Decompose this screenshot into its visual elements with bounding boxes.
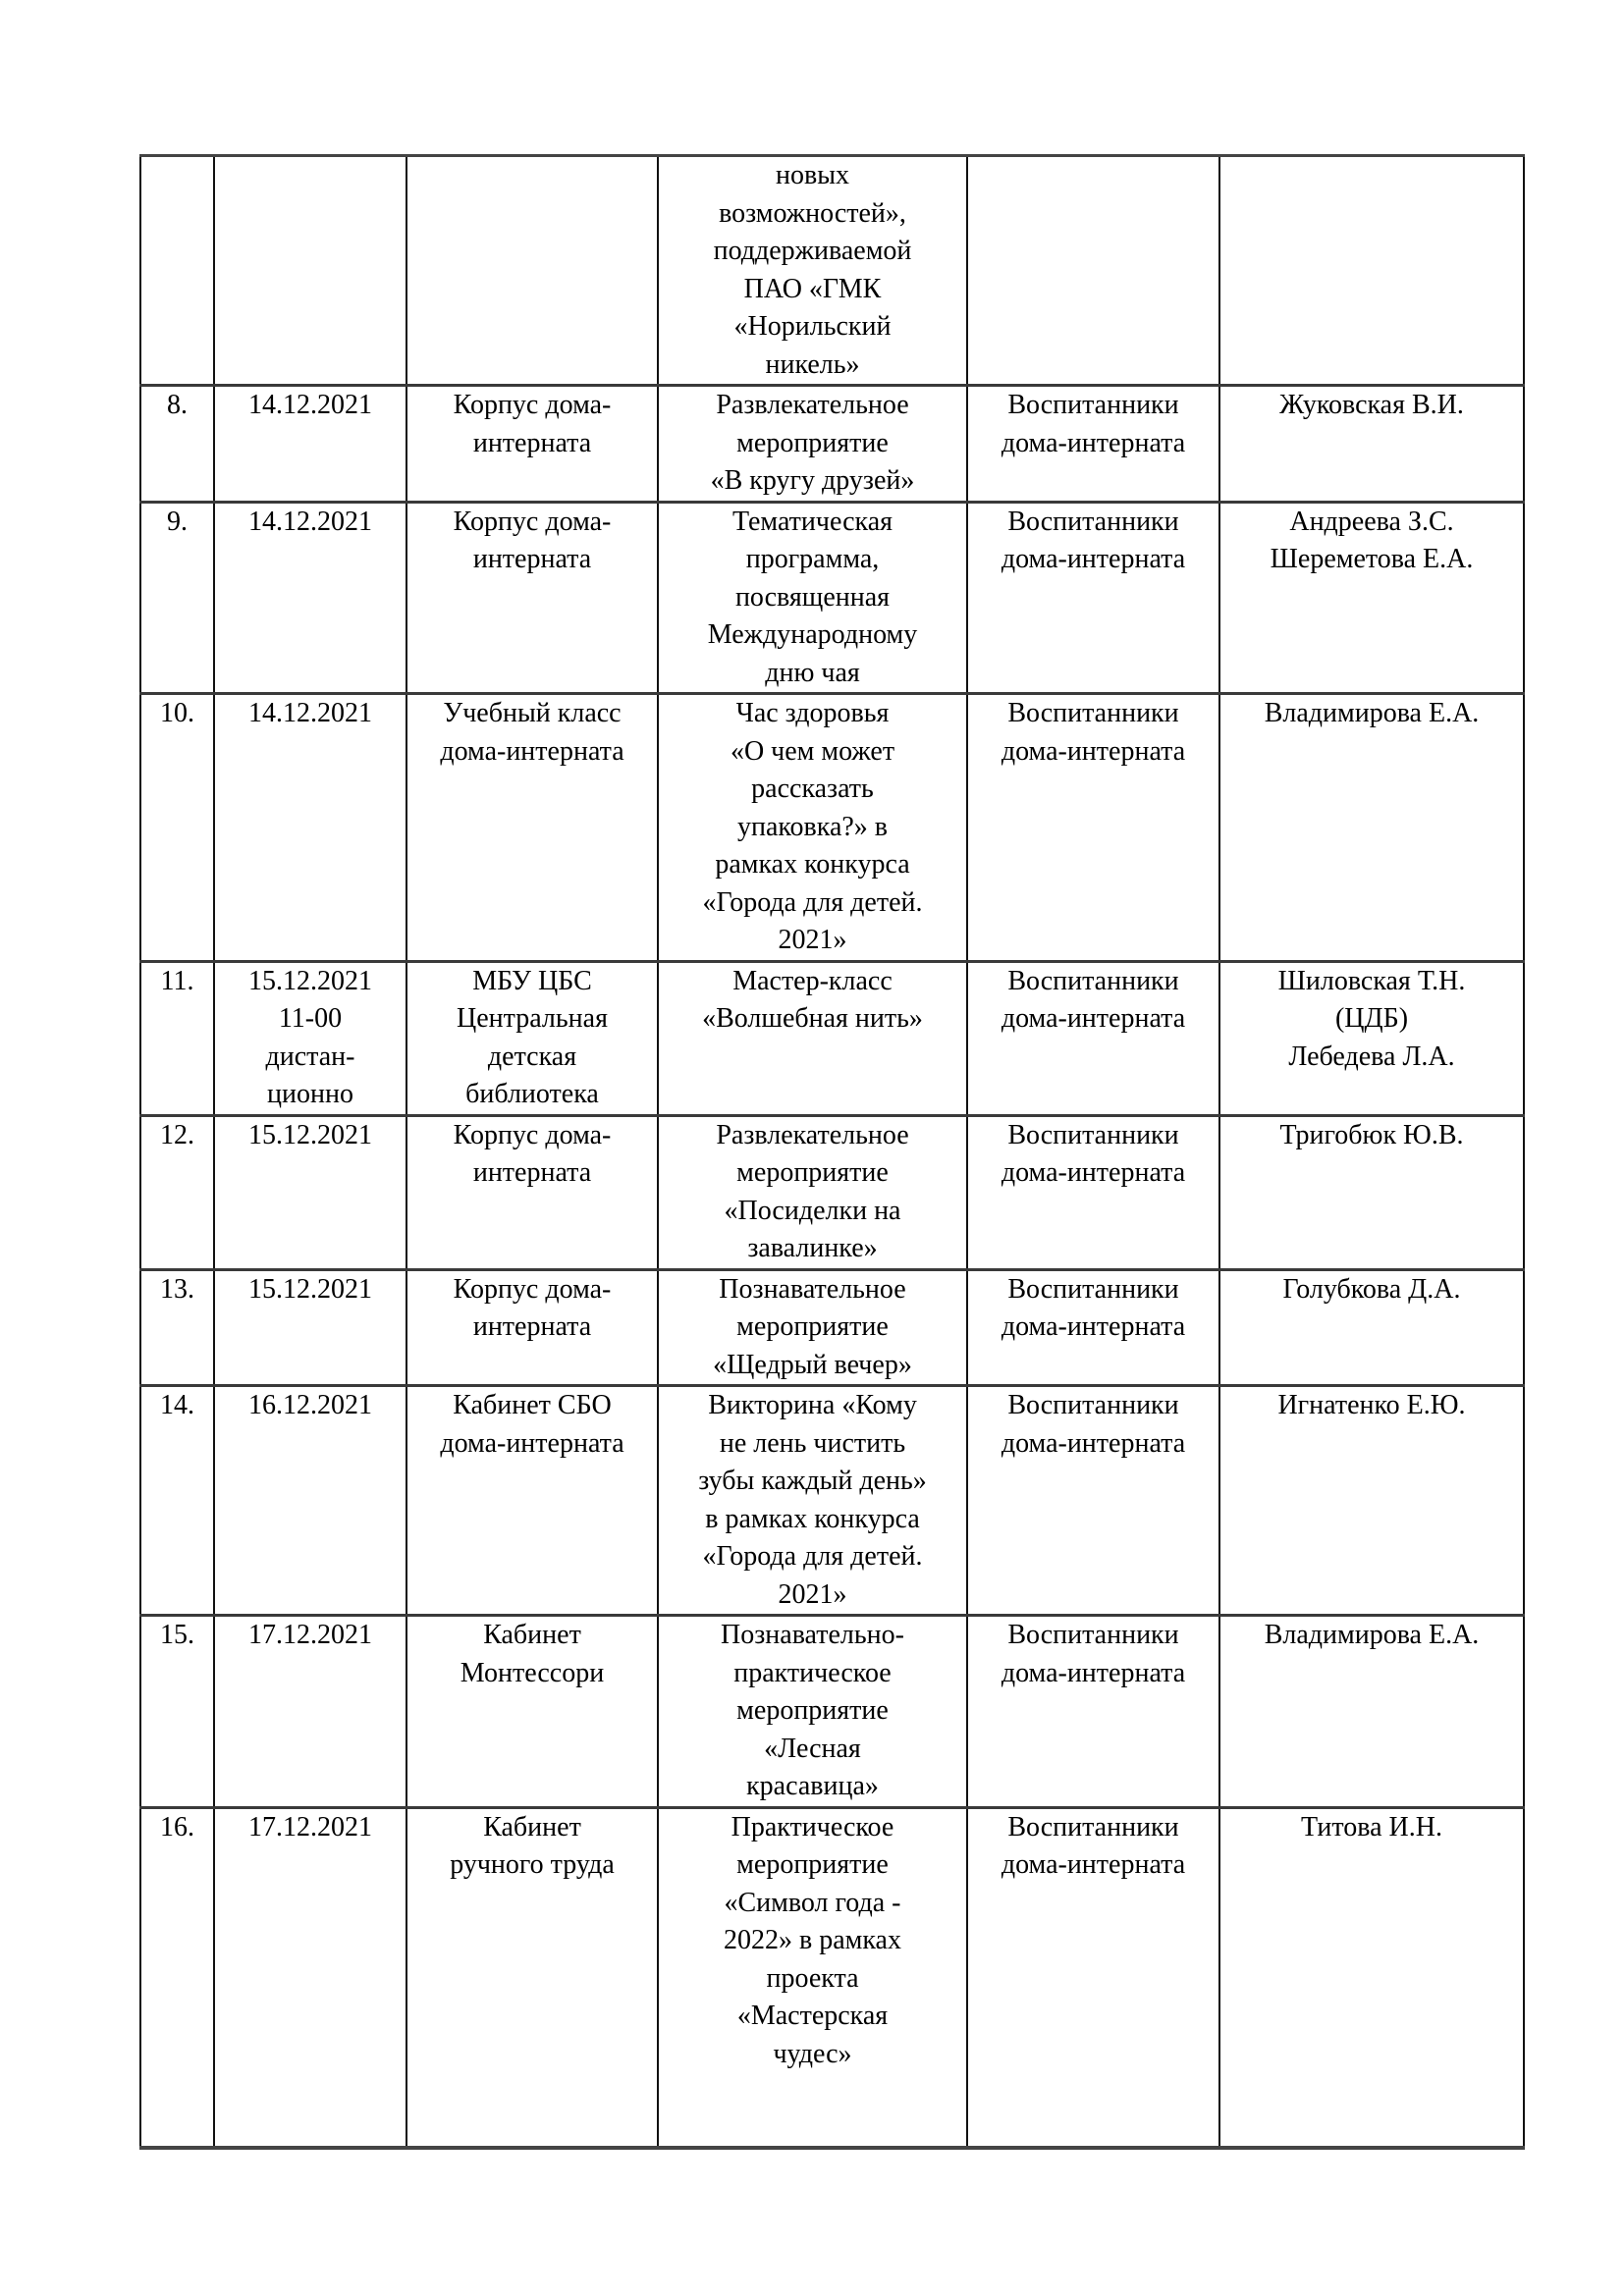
cell-text-line: поддерживаемой [663,233,962,271]
cell-text-line: дома-интерната [972,1655,1215,1693]
cell-text-line: дома-интерната [972,425,1215,463]
cell-text-line: Мастер-класс [663,963,962,1001]
cell-event: Развлекательноемероприятие«В кругу друзе… [658,386,967,503]
cell-date: 17.12.2021 [214,1616,406,1808]
cell-text-line: никель» [663,347,962,385]
cell-text-line: зубы каждый день» [663,1463,962,1501]
cell-place [406,156,658,386]
cell-event: Мастер-класс«Волшебная нить» [658,961,967,1115]
cell-text-line: красавица» [663,1768,962,1806]
cell-participants [967,156,1219,386]
cell-participants: Воспитанникидома-интерната [967,1386,1219,1616]
cell-text-line: интерната [411,541,653,579]
table-row: 16.17.12.2021Кабинетручного трудаПрактич… [140,1807,1524,2148]
cell-text-line: мероприятие [663,1154,962,1193]
cell-responsible: Титова И.Н. [1219,1807,1524,2148]
cell-text-line: рамках конкурса [663,846,962,884]
table-row: 8.14.12.2021Корпус дома-интернатаРазвлек… [140,386,1524,503]
cell-text-line: (ЦДБ) [1224,1000,1519,1039]
cell-text: 13. [145,1271,209,1309]
cell-text: 9. [145,504,209,542]
cell-text-line: «Мастерская [663,1998,962,2036]
cell-place: МБУ ЦБСЦентральнаядетскаябиблиотека [406,961,658,1115]
cell-text-line: Кабинет [411,1809,653,1847]
cell-text-line: Корпус дома- [411,387,653,425]
cell-text-line: «О чем может [663,733,962,772]
cell-event: Викторина «Комуне лень чиститьзубы кажды… [658,1386,967,1616]
cell-text-line: дома-интерната [972,1846,1215,1885]
cell-responsible: Игнатенко Е.Ю. [1219,1386,1524,1616]
cell-date: 17.12.2021 [214,1807,406,2148]
cell-text-line: Шереметова Е.А. [1224,541,1519,579]
cell-event: новыхвозможностей»,поддерживаемойПАО «ГМ… [658,156,967,386]
cell-date: 16.12.2021 [214,1386,406,1616]
cell-text-line: 2021» [663,1576,962,1615]
cell-event: Практическоемероприятие«Символ года -202… [658,1807,967,2148]
cell-text-line: Воспитанники [972,1117,1215,1155]
cell-text-line: 14.12.2021 [219,504,402,542]
cell-participants: Воспитанникидома-интерната [967,1115,1219,1269]
cell-text-line: Кабинет СБО [411,1387,653,1425]
cell-text-line: «Щедрый вечер» [663,1347,962,1385]
cell-text-line: Воспитанники [972,1617,1215,1655]
cell-text-line: дома-интерната [972,541,1215,579]
cell-text-line: ПАО «ГМК [663,271,962,309]
cell-event: Час здоровья«О чем можетрассказатьупаков… [658,694,967,962]
cell-text-line: «Лесная [663,1731,962,1769]
cell-participants: Воспитанникидома-интерната [967,1616,1219,1808]
cell-text-line: «Волшебная нить» [663,1000,962,1039]
cell-text: 12. [145,1117,209,1155]
cell-responsible: Жуковская В.И. [1219,386,1524,503]
cell-text-line: Голубкова Д.А. [1224,1271,1519,1309]
cell-text-line: программа, [663,541,962,579]
table-row: 14.16.12.2021Кабинет СБОдома-интернатаВи… [140,1386,1524,1616]
cell-text-line: Познавательное [663,1271,962,1309]
cell-number: 15. [140,1616,214,1808]
cell-text-line: Андреева З.С. [1224,504,1519,542]
cell-text-line: 11-00 [219,1000,402,1039]
cell-place: Корпус дома-интерната [406,1269,658,1386]
cell-number: 12. [140,1115,214,1269]
cell-text-line: Владимирова Е.А. [1224,695,1519,733]
cell-text-line: «Города для детей. [663,884,962,923]
cell-number: 9. [140,502,214,694]
cell-text-line: 14.12.2021 [219,695,402,733]
cell-text-line: Монтессори [411,1655,653,1693]
cell-text-line: Кабинет [411,1617,653,1655]
cell-text-line: Шиловская Т.Н. [1224,963,1519,1001]
cell-text-line: дома-интерната [972,1000,1215,1039]
cell-text-line: Титова И.Н. [1224,1809,1519,1847]
cell-number: 11. [140,961,214,1115]
cell-text-line: 2022» в рамках [663,1922,962,1960]
cell-text-line: рассказать [663,771,962,809]
cell-text-line: Корпус дома- [411,504,653,542]
cell-date: 15.12.202111-00дистан-ционно [214,961,406,1115]
cell-participants: Воспитанникидома-интерната [967,386,1219,503]
events-schedule-table: новыхвозможностей»,поддерживаемойПАО «ГМ… [139,154,1525,2150]
cell-date: 14.12.2021 [214,694,406,962]
cell-number: 16. [140,1807,214,2148]
cell-text-line: дню чая [663,655,962,693]
cell-text-line: Международному [663,616,962,655]
cell-text-line: дома-интерната [972,1308,1215,1347]
cell-text-line: дома-интерната [972,1154,1215,1193]
cell-place: Кабинетручного труда [406,1807,658,2148]
cell-place: Кабинет СБОдома-интерната [406,1386,658,1616]
cell-text-line: интерната [411,1308,653,1347]
cell-text-line: ционно [219,1076,402,1114]
table-row: 12.15.12.2021Корпус дома-интернатаРазвле… [140,1115,1524,1269]
cell-text-line: Познавательно- [663,1617,962,1655]
cell-text: 15. [145,1617,209,1655]
cell-text-line: интерната [411,425,653,463]
cell-responsible [1219,156,1524,386]
cell-date: 14.12.2021 [214,386,406,503]
cell-text-line: МБУ ЦБС [411,963,653,1001]
cell-date [214,156,406,386]
cell-text-line: Игнатенко Е.Ю. [1224,1387,1519,1425]
cell-text-line: Жуковская В.И. [1224,387,1519,425]
cell-text-line: проекта [663,1960,962,1999]
table-row: 10.14.12.2021Учебный классдома-интерната… [140,694,1524,962]
cell-number: 14. [140,1386,214,1616]
cell-place: Корпус дома-интерната [406,502,658,694]
cell-text-line: 15.12.2021 [219,1117,402,1155]
cell-text-line: Тригобюк Ю.В. [1224,1117,1519,1155]
cell-text-line: 14.12.2021 [219,387,402,425]
cell-text-line: 15.12.2021 [219,1271,402,1309]
cell-text-line: Воспитанники [972,963,1215,1001]
cell-participants: Воспитанникидома-интерната [967,1269,1219,1386]
cell-text-line: Воспитанники [972,1387,1215,1425]
table-row: 13.15.12.2021Корпус дома-интернатаПознав… [140,1269,1524,1386]
cell-responsible: Тригобюк Ю.В. [1219,1115,1524,1269]
cell-text-line: детская [411,1039,653,1077]
cell-participants: Воспитанникидома-интерната [967,694,1219,962]
cell-number: 13. [140,1269,214,1386]
cell-text-line: новых [663,157,962,195]
cell-place: Корпус дома-интерната [406,386,658,503]
cell-responsible: Андреева З.С.Шереметова Е.А. [1219,502,1524,694]
cell-event: Познавательноемероприятие«Щедрый вечер» [658,1269,967,1386]
cell-participants: Воспитанникидома-интерната [967,961,1219,1115]
cell-text-line: Воспитанники [972,387,1215,425]
cell-text-line: дома-интерната [411,1425,653,1464]
cell-text: 10. [145,695,209,733]
cell-text-line: Владимирова Е.А. [1224,1617,1519,1655]
cell-text-line: дома-интерната [972,733,1215,772]
cell-text-line: Воспитанники [972,504,1215,542]
cell-text-line: не лень чистить [663,1425,962,1464]
table-row: новыхвозможностей»,поддерживаемойПАО «ГМ… [140,156,1524,386]
cell-responsible: Шиловская Т.Н.(ЦДБ)Лебедева Л.А. [1219,961,1524,1115]
table-row: 15.17.12.2021КабинетМонтессориПознавател… [140,1616,1524,1808]
cell-text-line: возможностей», [663,195,962,234]
cell-text-line: дома-интерната [972,1425,1215,1464]
cell-text-line: Развлекательное [663,387,962,425]
cell-text-line: Воспитанники [972,1809,1215,1847]
cell-participants: Воспитанникидома-интерната [967,502,1219,694]
cell-text-line: ручного труда [411,1846,653,1885]
cell-text-line: дома-интерната [411,733,653,772]
cell-text-line: Корпус дома- [411,1117,653,1155]
table-row: 9.14.12.2021Корпус дома-интернатаТематич… [140,502,1524,694]
cell-text-line: мероприятие [663,1846,962,1885]
cell-number: 8. [140,386,214,503]
cell-responsible: Владимирова Е.А. [1219,694,1524,962]
cell-participants: Воспитанникидома-интерната [967,1807,1219,2148]
cell-text-line: посвященная [663,579,962,617]
cell-text-line: дистан- [219,1039,402,1077]
cell-text-line: Викторина «Кому [663,1387,962,1425]
cell-text-line: Развлекательное [663,1117,962,1155]
cell-text-line: 16.12.2021 [219,1387,402,1425]
cell-responsible: Владимирова Е.А. [1219,1616,1524,1808]
cell-text-line: в рамках конкурса [663,1501,962,1539]
cell-text-line: Центральная [411,1000,653,1039]
cell-event: Развлекательноемероприятие«Посиделки наз… [658,1115,967,1269]
cell-text-line: мероприятие [663,1692,962,1731]
cell-text-line: чудес» [663,2036,962,2074]
cell-text-line: «Символ года - [663,1885,962,1923]
cell-text-line: «В кругу друзей» [663,462,962,501]
cell-text-line: Воспитанники [972,695,1215,733]
cell-text-line: 17.12.2021 [219,1617,402,1655]
cell-text-line: мероприятие [663,425,962,463]
cell-date: 14.12.2021 [214,502,406,694]
cell-text-line: 2021» [663,922,962,960]
table-row: 11.15.12.202111-00дистан-ционноМБУ ЦБСЦе… [140,961,1524,1115]
cell-place: Корпус дома-интерната [406,1115,658,1269]
cell-text-line: практическое [663,1655,962,1693]
cell-text-line: 17.12.2021 [219,1809,402,1847]
cell-text-line: Лебедева Л.А. [1224,1039,1519,1077]
cell-text-line: интерната [411,1154,653,1193]
cell-number: 10. [140,694,214,962]
cell-text: 11. [145,963,209,1001]
cell-text-line: 15.12.2021 [219,963,402,1001]
cell-text: 16. [145,1809,209,1847]
cell-text: 8. [145,387,209,425]
cell-text-line: «Города для детей. [663,1538,962,1576]
cell-text-line: упаковка?» в [663,809,962,847]
cell-text-line: Корпус дома- [411,1271,653,1309]
table-body: новыхвозможностей»,поддерживаемойПАО «ГМ… [140,156,1524,2149]
cell-place: Учебный классдома-интерната [406,694,658,962]
cell-text-line: Практическое [663,1809,962,1847]
cell-text-line: Час здоровья [663,695,962,733]
cell-number [140,156,214,386]
document-page: новыхвозможностей»,поддерживаемойПАО «ГМ… [0,0,1624,2296]
cell-text-line: «Норильский [663,308,962,347]
cell-date: 15.12.2021 [214,1115,406,1269]
cell-date: 15.12.2021 [214,1269,406,1386]
cell-text-line: Тематическая [663,504,962,542]
cell-text-line: завалинке» [663,1230,962,1268]
cell-place: КабинетМонтессори [406,1616,658,1808]
cell-responsible: Голубкова Д.А. [1219,1269,1524,1386]
cell-event: Тематическаяпрограмма,посвященнаяМеждуна… [658,502,967,694]
cell-text-line: Воспитанники [972,1271,1215,1309]
cell-text: 14. [145,1387,209,1425]
cell-event: Познавательно-практическоемероприятие«Ле… [658,1616,967,1808]
cell-text-line: Учебный класс [411,695,653,733]
cell-text-line: «Посиделки на [663,1193,962,1231]
cell-text-line: библиотека [411,1076,653,1114]
cell-text-line: мероприятие [663,1308,962,1347]
